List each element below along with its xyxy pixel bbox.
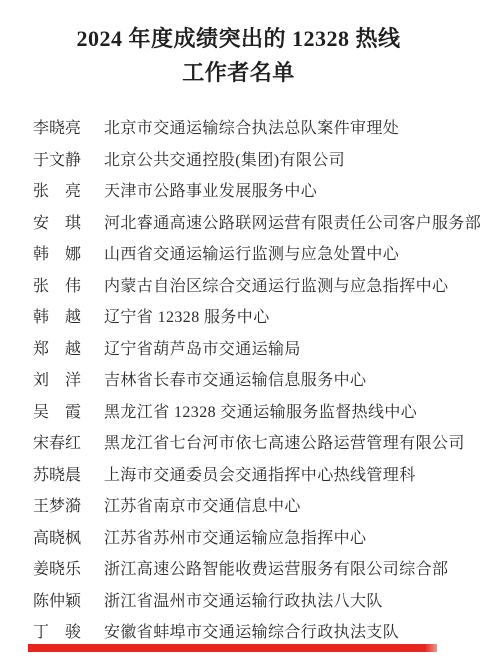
person-organization: 黑龙江省七台河市依七高速公路运营管理有限公司 — [104, 428, 465, 460]
person-name: 王梦漪 — [33, 491, 81, 523]
person-organization: 江苏省南京市交通信息中心 — [104, 491, 301, 523]
person-name: 苏晓晨 — [33, 460, 81, 492]
person-name: 吴 霞 — [33, 397, 81, 429]
person-organization: 河北睿通高速公路联网运营有限责任公司客户服务部 — [104, 208, 481, 240]
person-name: 李晓亮 — [33, 113, 81, 145]
list-item: 韩 娜山西省交通运输运行监测与应急处置中心 — [33, 239, 488, 271]
person-name: 韩 娜 — [33, 239, 81, 271]
person-organization: 黑龙江省 12328 交通运输服务监督热线中心 — [104, 397, 417, 429]
person-name: 陈仲颖 — [33, 586, 81, 618]
list-item: 刘 洋吉林省长春市交通运输信息服务中心 — [33, 365, 488, 397]
highlight-underline — [28, 644, 437, 652]
document-title-line-1: 2024 年度成绩突出的 12328 热线 — [0, 22, 477, 56]
person-organization: 上海市交通委员会交通指挥中心热线管理科 — [104, 460, 416, 492]
person-organization: 北京市交通运输综合执法总队案件审理处 — [104, 113, 399, 145]
person-name: 张 伟 — [33, 271, 81, 303]
person-organization: 江苏省苏州市交通运输应急指挥中心 — [104, 523, 366, 555]
person-organization: 北京公共交通控股(集团)有限公司 — [104, 145, 345, 177]
list-item: 韩 越辽宁省 12328 服务中心 — [33, 302, 488, 334]
list-item: 安 琪河北睿通高速公路联网运营有限责任公司客户服务部 — [33, 208, 488, 240]
person-organization: 浙江省温州市交通运输行政执法八大队 — [104, 586, 383, 618]
list-item: 苏晓晨上海市交通委员会交通指挥中心热线管理科 — [33, 460, 488, 492]
document-title: 2024 年度成绩突出的 12328 热线 工作者名单 — [0, 22, 477, 90]
person-organization: 辽宁省葫芦岛市交通运输局 — [104, 334, 301, 366]
list-item: 姜晓乐浙江高速公路智能收费运营服务有限公司综合部 — [33, 554, 488, 586]
person-organization: 山西省交通运输运行监测与应急处置中心 — [104, 239, 399, 271]
person-organization: 内蒙古自治区综合交通运行监测与应急指挥中心 — [104, 271, 448, 303]
person-name: 韩 越 — [33, 302, 81, 334]
person-name: 刘 洋 — [33, 365, 81, 397]
list-item: 张 亮天津市公路事业发展服务中心 — [33, 176, 488, 208]
worker-list: 李晓亮北京市交通运输综合执法总队案件审理处于文静北京公共交通控股(集团)有限公司… — [33, 113, 488, 649]
list-item: 李晓亮北京市交通运输综合执法总队案件审理处 — [33, 113, 488, 145]
person-name: 于文静 — [33, 145, 81, 177]
person-organization: 天津市公路事业发展服务中心 — [104, 176, 317, 208]
list-item: 宋春红黑龙江省七台河市依七高速公路运营管理有限公司 — [33, 428, 488, 460]
person-name: 高晓枫 — [33, 523, 81, 555]
list-item: 张 伟内蒙古自治区综合交通运行监测与应急指挥中心 — [33, 271, 488, 303]
list-item: 高晓枫江苏省苏州市交通运输应急指挥中心 — [33, 523, 488, 555]
person-name: 姜晓乐 — [33, 554, 81, 586]
person-organization: 浙江高速公路智能收费运营服务有限公司综合部 — [104, 554, 448, 586]
person-organization: 辽宁省 12328 服务中心 — [104, 302, 270, 334]
person-name: 郑 越 — [33, 334, 81, 366]
list-item: 陈仲颖浙江省温州市交通运输行政执法八大队 — [33, 586, 488, 618]
list-item: 王梦漪江苏省南京市交通信息中心 — [33, 491, 488, 523]
list-item: 吴 霞黑龙江省 12328 交通运输服务监督热线中心 — [33, 397, 488, 429]
list-item: 郑 越辽宁省葫芦岛市交通运输局 — [33, 334, 488, 366]
document-title-line-2: 工作者名单 — [0, 56, 477, 90]
person-organization: 吉林省长春市交通运输信息服务中心 — [104, 365, 366, 397]
person-name: 安 琪 — [33, 208, 81, 240]
list-item: 于文静北京公共交通控股(集团)有限公司 — [33, 145, 488, 177]
document-page: 2024 年度成绩突出的 12328 热线 工作者名单 李晓亮北京市交通运输综合… — [0, 0, 495, 658]
person-name: 张 亮 — [33, 176, 81, 208]
person-name: 宋春红 — [33, 428, 81, 460]
